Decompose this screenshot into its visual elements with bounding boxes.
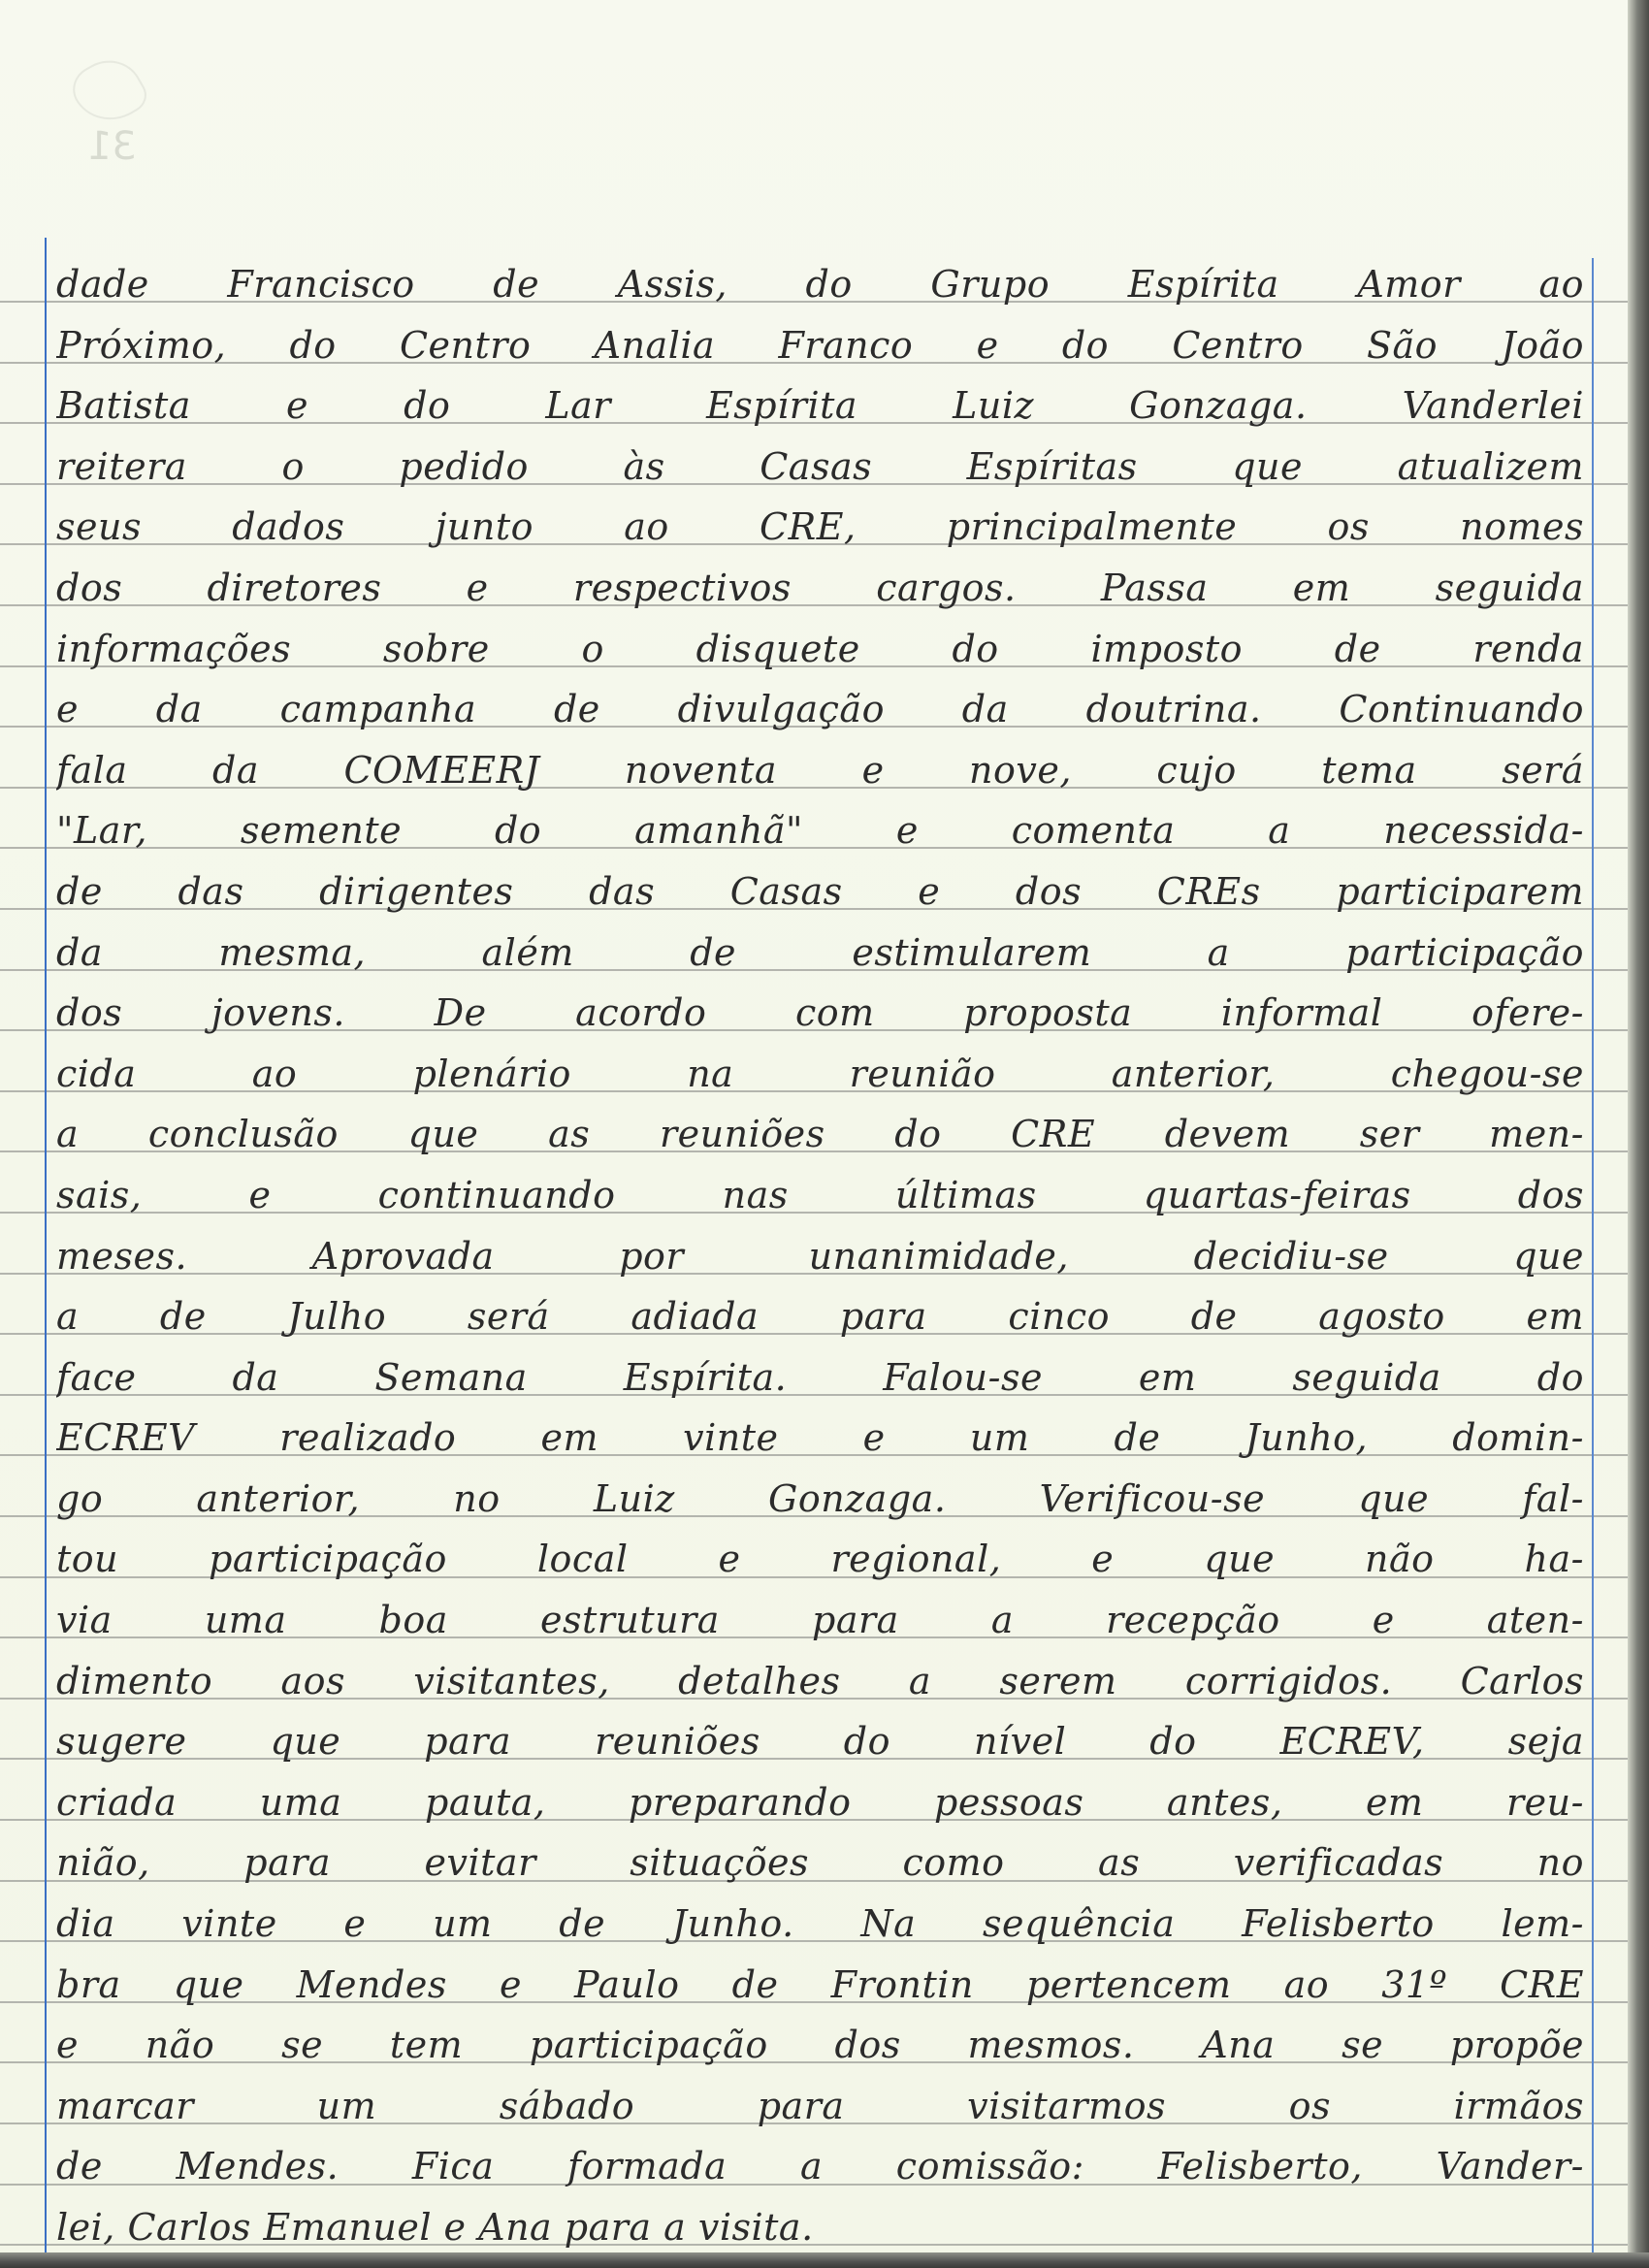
text-line-29: bra que Mendes e Paulo de Frontin perten…	[56, 1955, 1584, 2016]
text-line-12: da mesma, além de estimularem a particip…	[56, 923, 1584, 984]
text-line-33: lei, Carlos Emanuel e Ana para a visita.	[56, 2197, 1584, 2258]
text-line-28: dia vinte e um de Junho. Na sequência Fe…	[56, 1894, 1584, 1955]
text-line-9: fala da COMEERJ noventa e nove, cujo tem…	[56, 740, 1584, 801]
text-line-19: face da Semana Espírita. Falou-se em seg…	[56, 1347, 1584, 1409]
text-line-31: marcar um sábado para visitarmos os irmã…	[56, 2076, 1584, 2137]
text-line-4: reitera o pedido às Casas Espíritas que …	[56, 437, 1584, 498]
text-line-3: Batista e do Lar Espírita Luiz Gonzaga. …	[56, 375, 1584, 437]
bleed-through-page-number: 31	[87, 124, 137, 169]
text-line-23: via uma boa estrutura para a recepção e …	[56, 1590, 1584, 1651]
notebook-page: 31 dade Francisco de Assis, do Grupo Esp…	[0, 0, 1649, 2268]
text-line-7: informações sobre o disquete do imposto …	[56, 619, 1584, 680]
text-line-16: sais, e continuando nas últimas quartas-…	[56, 1165, 1584, 1226]
text-line-17: meses. Aprovada por unanimidade, decidiu…	[56, 1226, 1584, 1287]
text-line-11: de das dirigentes das Casas e dos CREs p…	[56, 861, 1584, 923]
page-right-shadow-edge	[1628, 0, 1649, 2268]
left-margin-line	[45, 238, 47, 2268]
handwritten-text-block: dade Francisco de Assis, do Grupo Espíri…	[56, 254, 1608, 2258]
text-line-5: seus dados junto ao CRE, principalmente …	[56, 497, 1584, 558]
text-line-26: criada uma pauta, preparando pessoas ant…	[56, 1772, 1584, 1833]
text-line-8: e da campanha de divulgação da doutrina.…	[56, 679, 1584, 740]
page-bottom-shadow-edge	[0, 2252, 1649, 2268]
text-line-6: dos diretores e respectivos cargos. Pass…	[56, 558, 1584, 619]
text-line-18: a de Julho será adiada para cinco de ago…	[56, 1286, 1584, 1347]
text-line-15: a conclusão que as reuniões do CRE devem…	[56, 1104, 1584, 1165]
text-line-22: tou participação local e regional, e que…	[56, 1529, 1584, 1590]
text-line-24: dimento aos visitantes, detalhes a serem…	[56, 1651, 1584, 1712]
text-line-13: dos jovens. De acordo com proposta infor…	[56, 983, 1584, 1044]
text-line-10: "Lar, semente do amanhã" e comenta a nec…	[56, 800, 1584, 861]
text-line-2: Próximo, do Centro Analia Franco e do Ce…	[56, 315, 1584, 376]
text-line-25: sugere que para reuniões do nível do ECR…	[56, 1711, 1584, 1772]
text-line-30: e não se tem participação dos mesmos. An…	[56, 2015, 1584, 2076]
text-line-21: go anterior, no Luiz Gonzaga. Verificou-…	[56, 1469, 1584, 1530]
text-line-14: cida ao plenário na reunião anterior, ch…	[56, 1044, 1584, 1105]
text-line-20: ECREV realizado em vinte e um de Junho, …	[56, 1408, 1584, 1469]
text-line-27: nião, para evitar situações como as veri…	[56, 1832, 1584, 1894]
text-line-1: dade Francisco de Assis, do Grupo Espíri…	[56, 254, 1584, 315]
bleed-through-initials-mark	[65, 48, 153, 134]
text-line-32: de Mendes. Fica formada a comissão: Feli…	[56, 2136, 1584, 2197]
